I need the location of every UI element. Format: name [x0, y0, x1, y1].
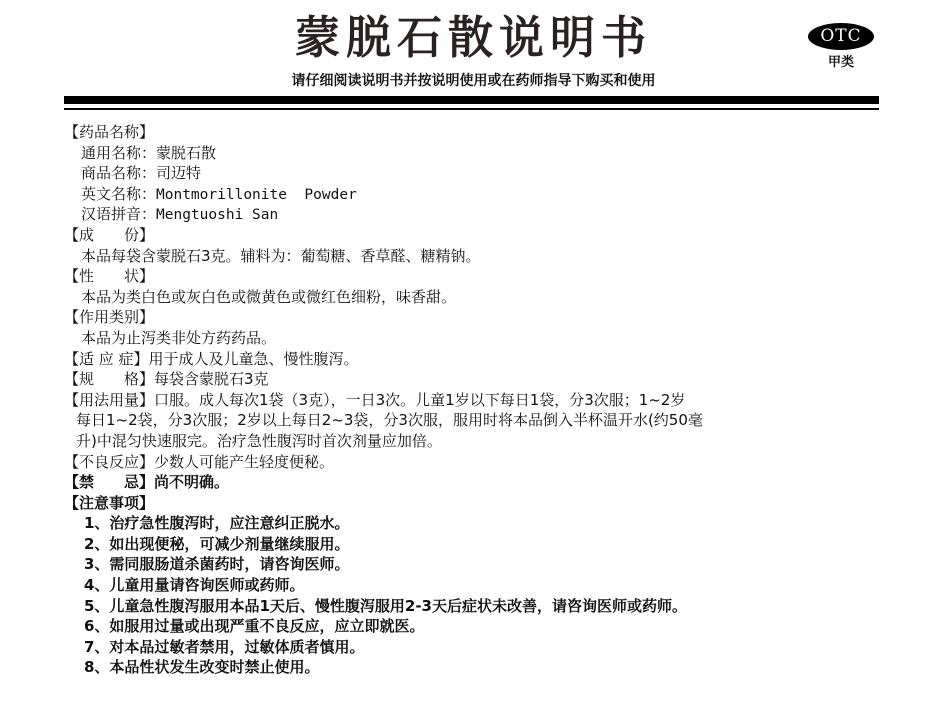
- precaution-item: 6、如服用过量或出现严重不良反应，应立即就医。: [64, 616, 894, 637]
- section-heading-name: 【药品名称】: [64, 122, 894, 143]
- english-name-value: Montmorillonite Powder: [156, 187, 357, 203]
- trade-name-label: 商品名称：: [81, 164, 156, 182]
- adverse-row: 【不良反应】少数人可能产生轻度便秘。: [64, 452, 894, 473]
- precaution-item: 2、如出现便秘，可减少剂量继续服用。: [64, 534, 894, 555]
- dosage-row: 【用法用量】口服。成人每次1袋（3克），一日3次。儿童1岁以下每日1袋，分3次服…: [64, 390, 894, 411]
- indications-text: 用于成人及儿童急、慢性腹泻。: [149, 350, 359, 368]
- section-heading-category: 【作用类别】: [64, 307, 894, 328]
- precaution-item: 1、治疗急性腹泻时，应注意纠正脱水。: [64, 513, 894, 534]
- section-heading-indications: 【适 应 症】: [64, 350, 149, 368]
- precaution-item: 8、本品性状发生改变时禁止使用。: [64, 657, 894, 678]
- dosage-text-line2: 每日1~2袋，分3次服；2岁以上每日2~3袋，分3次服，服用时将本品倒入半杯温开…: [64, 410, 894, 431]
- section-heading-contraindications: 【禁 忌】: [64, 473, 154, 491]
- generic-name-row: 通用名称：蒙脱石散: [64, 143, 894, 164]
- document-title: 蒙脱石散说明书: [0, 10, 947, 66]
- contraindications-text: 尚不明确。: [154, 473, 229, 491]
- section-heading-specification: 【规 格】: [64, 370, 154, 388]
- trade-name-row: 商品名称：司迈特: [64, 163, 894, 184]
- otc-class-label: 甲类: [808, 55, 874, 71]
- usage-notice: 请仔细阅读说明书并按说明使用或在药师指导下购买和使用: [0, 72, 947, 90]
- section-heading-precautions: 【注意事项】: [64, 493, 894, 514]
- description-text: 本品为类白色或灰白色或微黄色或微红色细粉，味香甜。: [64, 287, 894, 308]
- otc-badge: OTC: [808, 23, 874, 50]
- dosage-text-line1: 口服。成人每次1袋（3克），一日3次。儿童1岁以下每日1袋，分3次服；1~2岁: [154, 391, 685, 409]
- header-rule-thick: [64, 96, 879, 104]
- dosage-text-line3: 升)中混匀快速服完。治疗急性腹泻时首次剂量应加倍。: [64, 431, 894, 452]
- english-name-row: 英文名称：Montmorillonite Powder: [64, 184, 894, 205]
- precaution-item: 3、需同服肠道杀菌药时，请咨询医师。: [64, 554, 894, 575]
- contraindications-row: 【禁 忌】尚不明确。: [64, 472, 894, 493]
- pinyin-value: Mengtuoshi San: [156, 207, 278, 223]
- specification-text: 每袋含蒙脱石3克: [154, 370, 269, 388]
- section-heading-description: 【性 状】: [64, 266, 894, 287]
- section-heading-adverse: 【不良反应】: [64, 453, 154, 471]
- category-text: 本品为止泻类非处方药药品。: [64, 328, 894, 349]
- composition-text: 本品每袋含蒙脱石3克。辅料为：葡萄糖、香草醛、糖精钠。: [64, 246, 894, 267]
- trade-name-value: 司迈特: [156, 164, 201, 182]
- section-heading-composition: 【成 份】: [64, 225, 894, 246]
- section-heading-dosage: 【用法用量】: [64, 391, 154, 409]
- header-rule-thin: [64, 108, 879, 110]
- adverse-text: 少数人可能产生轻度便秘。: [154, 453, 334, 471]
- leaflet-body: 【药品名称】 通用名称：蒙脱石散 商品名称：司迈特 英文名称：Montmoril…: [64, 122, 894, 678]
- precaution-item: 5、儿童急性腹泻服用本品1天后、慢性腹泻服用2-3天后症状未改善，请咨询医师或药…: [64, 596, 894, 617]
- english-name-label: 英文名称：: [81, 185, 156, 203]
- specification-row: 【规 格】每袋含蒙脱石3克: [64, 369, 894, 390]
- generic-name-label: 通用名称：: [81, 144, 156, 162]
- pinyin-row: 汉语拼音：Mengtuoshi San: [64, 204, 894, 225]
- precaution-item: 7、对本品过敏者禁用，过敏体质者慎用。: [64, 637, 894, 658]
- generic-name-value: 蒙脱石散: [156, 144, 216, 162]
- pinyin-label: 汉语拼音：: [81, 205, 156, 223]
- precaution-item: 4、儿童用量请咨询医师或药师。: [64, 575, 894, 596]
- indications-row: 【适 应 症】用于成人及儿童急、慢性腹泻。: [64, 349, 894, 370]
